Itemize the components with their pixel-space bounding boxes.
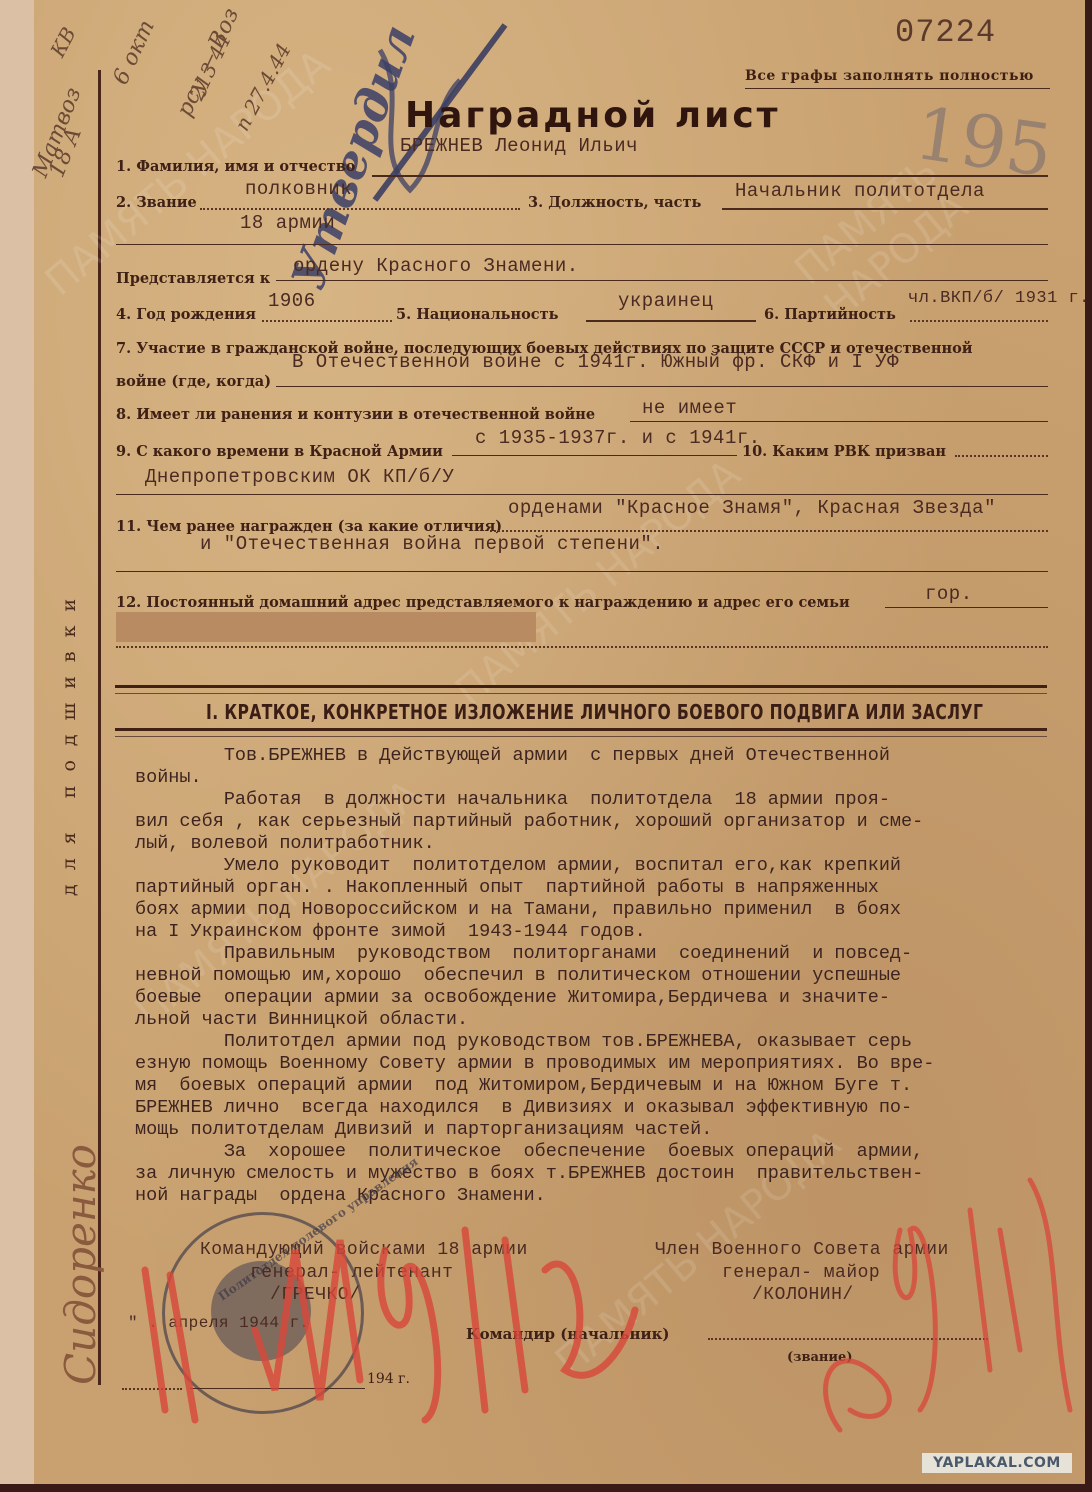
- field-line: [372, 175, 1048, 177]
- binding-label: для подшивки: [58, 540, 98, 940]
- watermark-overlay: ПАМЯТЬ НАРОДА: [447, 451, 749, 715]
- narrative-line: БРЕЖНЕВ лично всегда находился в Дивизия…: [135, 1097, 934, 1119]
- narrative-line: Тов.БРЕЖНЕВ в Действующей армии с первых…: [135, 745, 934, 767]
- red-pencil-signature-right: [800, 1170, 1080, 1440]
- field-value-prior-awards-line2: и "Отечественная война первой степени".: [200, 533, 664, 555]
- section-heading: I. КРАТКОЕ, КОНКРЕТНОЕ ИЗЛОЖЕНИЕ ЛИЧНОГО…: [206, 700, 983, 724]
- field-line: [490, 530, 1048, 532]
- field-value-address: гор.: [925, 583, 973, 605]
- field-value-wounds: не имеет: [642, 397, 737, 419]
- handwritten-note: 6 окт: [108, 16, 159, 88]
- field-line: [200, 208, 520, 210]
- red-pencil-signature-left: [125, 1210, 685, 1440]
- narrative-line: партийный орган. . Накопленный опыт парт…: [135, 877, 934, 899]
- field-label-address: 12. Постоянный домашний адрес представля…: [116, 594, 850, 611]
- field-value-birth-year: 1906: [268, 290, 316, 312]
- field-value-army-since: с 1935-1937г. и с 1941г.: [475, 427, 761, 449]
- narrative-line: войны.: [135, 767, 934, 789]
- field-label-birth-year: 4. Год рождения: [116, 306, 256, 323]
- field-label-fio: 1. Фамилия, имя и отчество: [116, 158, 355, 175]
- field-line: [910, 320, 1048, 322]
- section-rule: [115, 728, 1047, 737]
- field-label-position: 3. Должность, часть: [528, 194, 701, 211]
- narrative-line: мя боевых операций армии под Житомиром,Б…: [135, 1075, 934, 1097]
- field-label-war-participation-line2: войне (где, когда): [116, 373, 271, 390]
- field-line: [885, 607, 1048, 608]
- paper-edge: [0, 0, 34, 1484]
- field-value-position-line2: 18 армии: [240, 212, 335, 234]
- field-line: [116, 646, 1048, 648]
- field-label-wounds: 8. Имеет ли ранения и контузии в отечест…: [116, 406, 595, 423]
- field-line: [116, 494, 1048, 495]
- narrative-text: Тов.БРЕЖНЕВ в Действующей армии с первых…: [135, 745, 934, 1207]
- field-value-position: Начальник политотдела: [735, 180, 985, 202]
- field-label-rank: 2. Звание: [116, 194, 197, 211]
- narrative-line: льной части Винницкой области.: [135, 1009, 934, 1031]
- field-label-presented: Представляется к: [116, 270, 270, 287]
- narrative-line: на I Украинском фронте зимой 1943-1944 г…: [135, 921, 934, 943]
- field-line: [586, 320, 756, 322]
- handwritten-note: КВ: [45, 23, 80, 61]
- field-line: [722, 208, 1048, 210]
- field-value-party: чл.ВКП/б/ 1931 г.: [908, 289, 1090, 308]
- narrative-line: вил себя , как серьезный партийный работ…: [135, 811, 934, 833]
- section-rule: [115, 685, 1047, 694]
- field-value-war-participation: В Отечественной войне с 1941г. Южный фр.…: [292, 351, 899, 373]
- narrative-line: Работая в должности начальника политотде…: [135, 789, 934, 811]
- instruction-text: Все графы заполнять полностью: [745, 68, 1034, 84]
- field-line: [955, 455, 1048, 457]
- field-label-nationality: 5. Национальность: [396, 306, 558, 323]
- field-label-party: 6. Партийность: [764, 306, 896, 323]
- narrative-line: лый, волевой политработник.: [135, 833, 934, 855]
- narrative-line: Умело руководит политотделом армии, восп…: [135, 855, 934, 877]
- narrative-line: боевые операции армии за освобождение Жи…: [135, 987, 934, 1009]
- narrative-line: боях армии под Новороссийском и на Таман…: [135, 899, 934, 921]
- serial-number: 07224: [895, 14, 996, 51]
- field-value-rank: полковник: [245, 178, 352, 200]
- field-value-nationality: украинец: [618, 290, 713, 312]
- field-line: [452, 455, 737, 456]
- field-value-presented: ордену Красного Знамени.: [293, 255, 579, 277]
- award-sheet-paper: для подшивки ПАМЯТЬ НАРОДА ПАМЯТЬ НАРОДА…: [0, 0, 1085, 1484]
- underline: [745, 88, 1050, 89]
- site-watermark-badge: YAPLAKAL.COM: [922, 1453, 1072, 1473]
- field-label-rvk: 10. Каким РВК призван: [742, 443, 946, 460]
- narrative-line: мощь политотделам Дивизий и парторганиза…: [135, 1119, 934, 1141]
- field-line: [262, 320, 392, 322]
- field-line: [116, 244, 1048, 245]
- redacted-address: [116, 612, 536, 642]
- narrative-line: Правильным руководством политорганами со…: [135, 943, 934, 965]
- field-line: [276, 386, 1048, 387]
- narrative-line: езную помощь Военному Совету армии в про…: [135, 1053, 934, 1075]
- field-line: [276, 280, 1048, 281]
- narrative-line: Политотдел армии под руководством тов.БР…: [135, 1031, 934, 1053]
- narrative-line: невной помощью им,хорошо обеспечил в пол…: [135, 965, 934, 987]
- field-label-army-since: 9. С какого времени в Красной Армии: [116, 443, 443, 460]
- field-line: [116, 571, 1048, 572]
- field-line: [630, 421, 1048, 422]
- field-value-fio: БРЕЖНЕВ Леонид Ильич: [400, 135, 638, 157]
- field-value-prior-awards: орденами "Красное Знамя", Красная Звезда…: [508, 497, 996, 519]
- page-title: Наградной лист: [405, 95, 781, 136]
- field-value-rvk: Днепропетровским ОК КП/б/У: [145, 466, 454, 488]
- margin-signature: Сидоренко: [56, 1144, 105, 1385]
- narrative-line: За хорошее политическое обеспечение боев…: [135, 1141, 934, 1163]
